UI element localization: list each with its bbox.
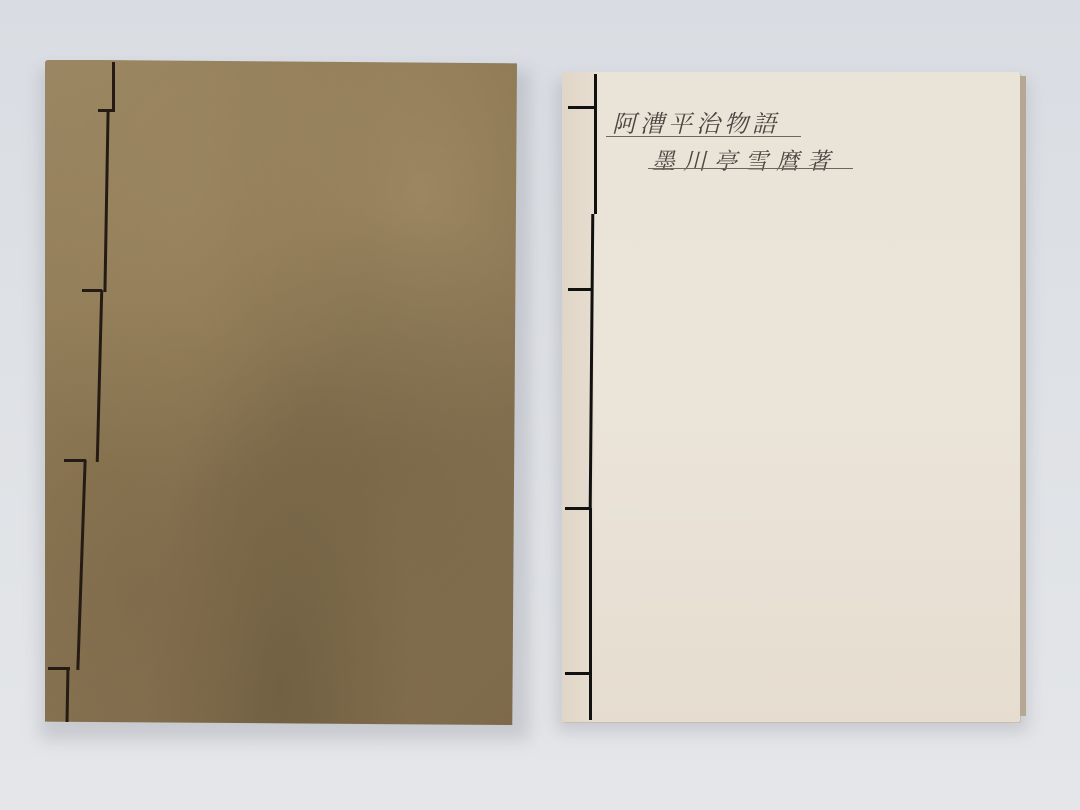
right-book-title: 阿漕平治物語 [612,104,780,139]
right-book-author: 墨川亭雪麿著 [652,143,838,176]
left-book-faded-title: (illegible faded brush inscription) [125,400,165,610]
binding-stitch [565,507,591,510]
binding-stitch [565,672,591,675]
binding-stitch [568,288,592,291]
title-underline [606,136,801,137]
binding-stitch [98,109,115,112]
author-underline [648,168,853,169]
binding-stitch [64,459,86,462]
left-book-cover [45,60,517,725]
binding-thread [112,62,115,112]
right-book-page-edge [1020,76,1026,716]
binding-stitch [82,289,102,292]
binding-stitch [568,106,596,109]
binding-stitch [48,667,70,670]
binding-thread [589,508,592,720]
photo-scene: (illegible faded brush inscription) 阿漕平治… [0,0,1080,810]
binding-thread [594,74,597,214]
